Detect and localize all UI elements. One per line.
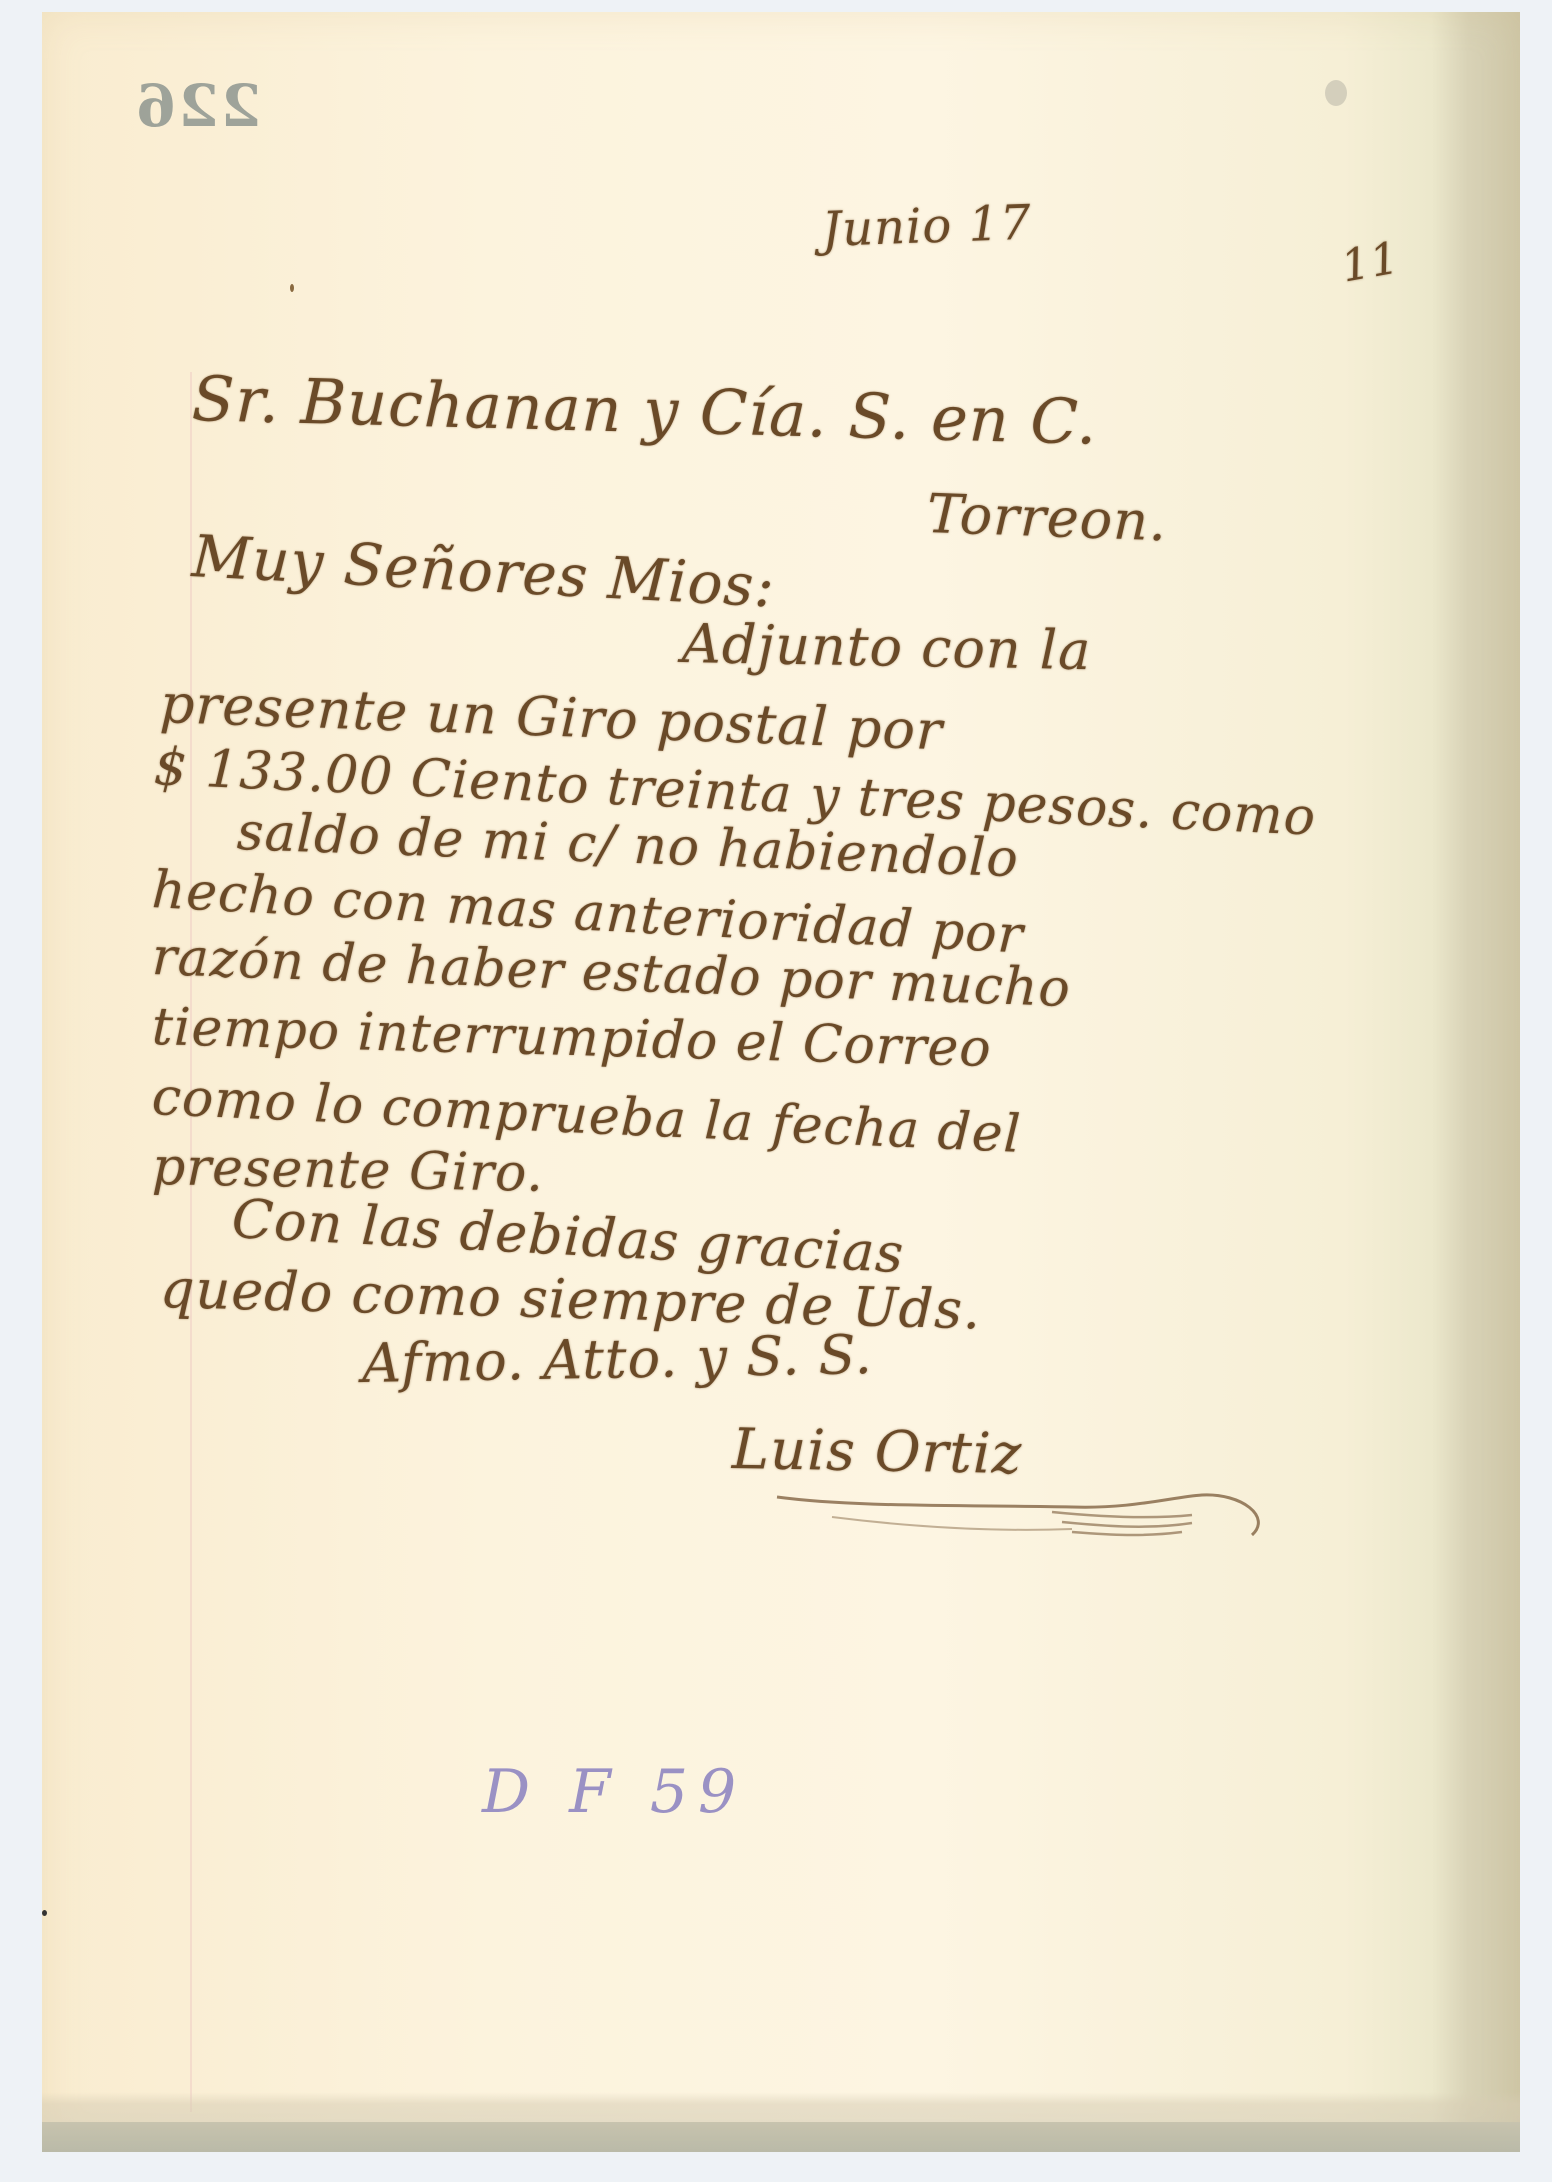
scan-bottom-edge bbox=[42, 2122, 1520, 2152]
closing-line: Afmo. Atto. y S. S. bbox=[361, 1323, 873, 1395]
paper-speck bbox=[42, 1910, 47, 1916]
greeting-line: Muy Señores Mios: bbox=[190, 522, 776, 620]
page-number-stamp: 226 bbox=[134, 72, 261, 140]
margin-rule bbox=[190, 372, 192, 2112]
paper-speck bbox=[1325, 80, 1347, 106]
recipient-line: Sr. Buchanan y Cía. S. en C. bbox=[191, 362, 1098, 459]
signature-flourish bbox=[772, 1477, 1292, 1547]
archive-annotation: D F 59 bbox=[482, 1757, 746, 1827]
date-line: Junio 17 bbox=[821, 195, 1032, 258]
body-line: Adjunto con la bbox=[681, 612, 1091, 682]
paper-speck bbox=[290, 284, 294, 292]
date-year-mark: 11 bbox=[1338, 232, 1404, 292]
recipient-location: Torreon. bbox=[926, 482, 1168, 553]
letter-page: 226 Junio 17 11 Sr. Buchanan y Cía. S. e… bbox=[42, 12, 1520, 2152]
